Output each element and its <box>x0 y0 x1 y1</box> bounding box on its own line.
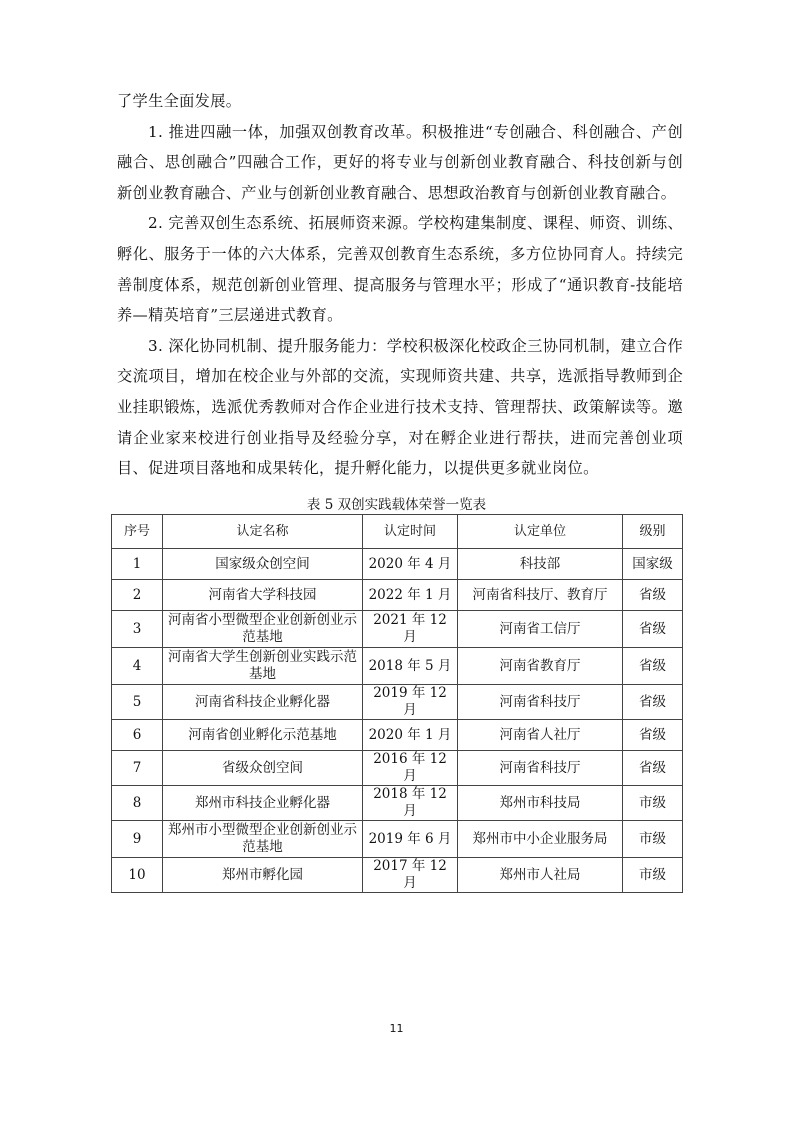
cell-level: 市级 <box>623 786 683 821</box>
cell-authority: 河南省工信厅 <box>458 611 623 648</box>
cell-index: 3 <box>112 611 163 648</box>
cell-authority: 郑州市科技局 <box>458 786 623 821</box>
body-text: 了学生全面发展。 1. 推进四融一体，加强双创教育改革。积极推进“专创融合、科创… <box>117 86 683 484</box>
cell-name: 郑州市科技企业孵化器 <box>163 786 363 821</box>
table-header-row: 序号 认定名称 认定时间 认定单位 级别 <box>112 515 683 549</box>
cell-authority: 河南省科技厅 <box>458 751 623 786</box>
table-row: 7 省级众创空间 2016 年 12 月 河南省科技厅 省级 <box>112 751 683 786</box>
cell-index: 6 <box>112 720 163 751</box>
table-row: 10 郑州市孵化园 2017 年 12 月 郑州市人社局 市级 <box>112 858 683 893</box>
cell-name: 郑州市小型微型企业创新创业示范基地 <box>163 821 363 858</box>
cell-date: 2019 年 12 月 <box>363 685 458 720</box>
cell-date: 2016 年 12 月 <box>363 751 458 786</box>
table-row: 1 国家级众创空间 2020 年 4 月 科技部 国家级 <box>112 549 683 580</box>
table-row: 4 河南省大学生创新创业实践示范基地 2018 年 5 月 河南省教育厅 省级 <box>112 648 683 685</box>
cell-name: 郑州市孵化园 <box>163 858 363 893</box>
cell-index: 10 <box>112 858 163 893</box>
cell-date: 2018 年 5 月 <box>363 648 458 685</box>
cell-date: 2021 年 12 月 <box>363 611 458 648</box>
cell-level: 省级 <box>623 720 683 751</box>
cell-index: 4 <box>112 648 163 685</box>
cell-authority: 郑州市人社局 <box>458 858 623 893</box>
header-date: 认定时间 <box>363 515 458 549</box>
cell-authority: 河南省人社厅 <box>458 720 623 751</box>
cell-index: 8 <box>112 786 163 821</box>
cell-name: 国家级众创空间 <box>163 549 363 580</box>
cell-date: 2019 年 6 月 <box>363 821 458 858</box>
table-row: 8 郑州市科技企业孵化器 2018 年 12 月 郑州市科技局 市级 <box>112 786 683 821</box>
honors-table: 序号 认定名称 认定时间 认定单位 级别 1 国家级众创空间 2020 年 4 … <box>111 514 683 893</box>
cell-level: 省级 <box>623 751 683 786</box>
cell-name: 河南省大学生创新创业实践示范基地 <box>163 648 363 685</box>
header-name: 认定名称 <box>163 515 363 549</box>
paragraph-item-1: 1. 推进四融一体，加强双创教育改革。积极推进“专创融合、科创融合、产创融合、思… <box>117 117 683 209</box>
cell-date: 2022 年 1 月 <box>363 580 458 611</box>
header-index: 序号 <box>112 515 163 549</box>
table-row: 9 郑州市小型微型企业创新创业示范基地 2019 年 6 月 郑州市中小企业服务… <box>112 821 683 858</box>
cell-index: 1 <box>112 549 163 580</box>
cell-authority: 郑州市中小企业服务局 <box>458 821 623 858</box>
cell-level: 省级 <box>623 685 683 720</box>
paragraph-item-3: 3. 深化协同机制、提升服务能力：学校积极深化校政企三协同机制，建立合作交流项目… <box>117 331 683 484</box>
table-row: 6 河南省创业孵化示范基地 2020 年 1 月 河南省人社厅 省级 <box>112 720 683 751</box>
cell-authority: 河南省科技厅、教育厅 <box>458 580 623 611</box>
cell-index: 5 <box>112 685 163 720</box>
cell-index: 2 <box>112 580 163 611</box>
cell-authority: 河南省教育厅 <box>458 648 623 685</box>
cell-authority: 河南省科技厅 <box>458 685 623 720</box>
table-caption: 表 5 双创实践载体荣誉一览表 <box>0 496 793 514</box>
paragraph-item-2: 2. 完善双创生态系统、拓展师资来源。学校构建集制度、课程、师资、训练、孵化、服… <box>117 208 683 330</box>
header-level: 级别 <box>623 515 683 549</box>
cell-level: 省级 <box>623 611 683 648</box>
cell-index: 9 <box>112 821 163 858</box>
cell-level: 省级 <box>623 648 683 685</box>
cell-index: 7 <box>112 751 163 786</box>
cell-name: 河南省创业孵化示范基地 <box>163 720 363 751</box>
cell-level: 市级 <box>623 821 683 858</box>
paragraph-continuation: 了学生全面发展。 <box>117 86 683 117</box>
cell-name: 河南省科技企业孵化器 <box>163 685 363 720</box>
cell-date: 2017 年 12 月 <box>363 858 458 893</box>
page-number: 11 <box>0 1022 793 1035</box>
cell-date: 2020 年 1 月 <box>363 720 458 751</box>
cell-level: 国家级 <box>623 549 683 580</box>
table-row: 2 河南省大学科技园 2022 年 1 月 河南省科技厅、教育厅 省级 <box>112 580 683 611</box>
table-row: 3 河南省小型微型企业创新创业示范基地 2021 年 12 月 河南省工信厅 省… <box>112 611 683 648</box>
cell-level: 省级 <box>623 580 683 611</box>
cell-name: 河南省大学科技园 <box>163 580 363 611</box>
cell-date: 2020 年 4 月 <box>363 549 458 580</box>
header-authority: 认定单位 <box>458 515 623 549</box>
table-row: 5 河南省科技企业孵化器 2019 年 12 月 河南省科技厅 省级 <box>112 685 683 720</box>
cell-authority: 科技部 <box>458 549 623 580</box>
cell-name: 河南省小型微型企业创新创业示范基地 <box>163 611 363 648</box>
cell-date: 2018 年 12 月 <box>363 786 458 821</box>
cell-level: 市级 <box>623 858 683 893</box>
cell-name: 省级众创空间 <box>163 751 363 786</box>
